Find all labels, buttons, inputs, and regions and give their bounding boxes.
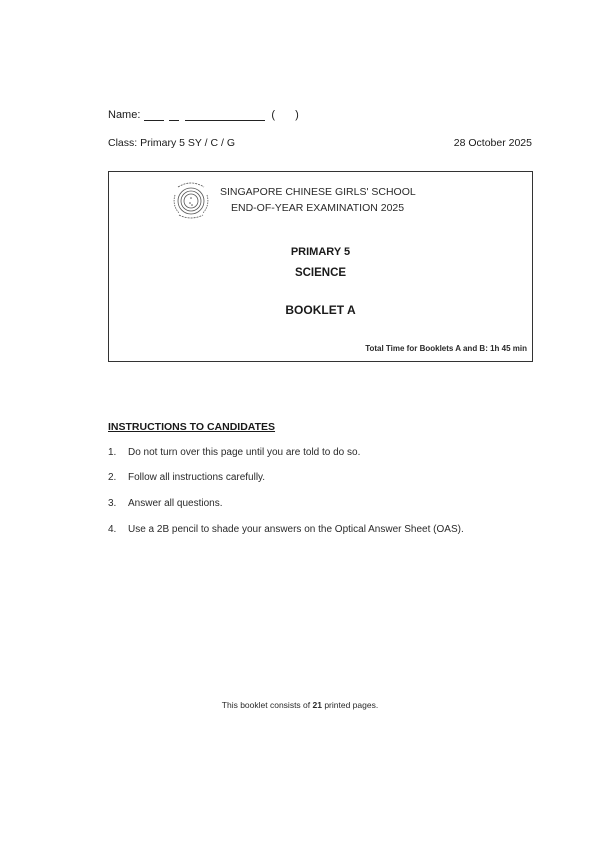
name-blank xyxy=(169,111,179,121)
instruction-item: 1.Do not turn over this page until you a… xyxy=(108,447,360,458)
register-number-open: ( xyxy=(271,109,275,121)
exam-name: END-OF-YEAR EXAMINATION 2025 xyxy=(231,202,404,214)
booklet-heading: BOOKLET A xyxy=(109,303,532,317)
instruction-item: 3.Answer all questions. xyxy=(108,498,223,509)
instruction-item: 4.Use a 2B pencil to shade your answers … xyxy=(108,524,464,535)
class-label: Class: Primary 5 SY / C / G xyxy=(108,137,235,149)
instruction-item: 2.Follow all instructions carefully. xyxy=(108,472,265,483)
page-count-note: This booklet consists of 21 printed page… xyxy=(0,700,600,710)
cover-box: SINGAPORE CHINESE GIRLS' SCHOOL END-OF-Y… xyxy=(108,171,533,362)
name-blank xyxy=(144,111,164,121)
school-crest-icon xyxy=(169,177,213,221)
exam-date: 28 October 2025 xyxy=(454,137,532,149)
name-label: Name: xyxy=(108,109,140,121)
register-number-close: ) xyxy=(295,109,299,121)
name-blank xyxy=(185,111,265,121)
total-time: Total Time for Booklets A and B: 1h 45 m… xyxy=(365,344,527,353)
level-heading: PRIMARY 5 xyxy=(109,246,532,258)
school-name: SINGAPORE CHINESE GIRLS' SCHOOL xyxy=(220,186,416,198)
page-count: 21 xyxy=(313,700,322,710)
name-field[interactable]: Name: ( ) xyxy=(108,109,299,121)
instructions-title: INSTRUCTIONS TO CANDIDATES xyxy=(108,421,275,433)
subject-heading: SCIENCE xyxy=(109,267,532,279)
